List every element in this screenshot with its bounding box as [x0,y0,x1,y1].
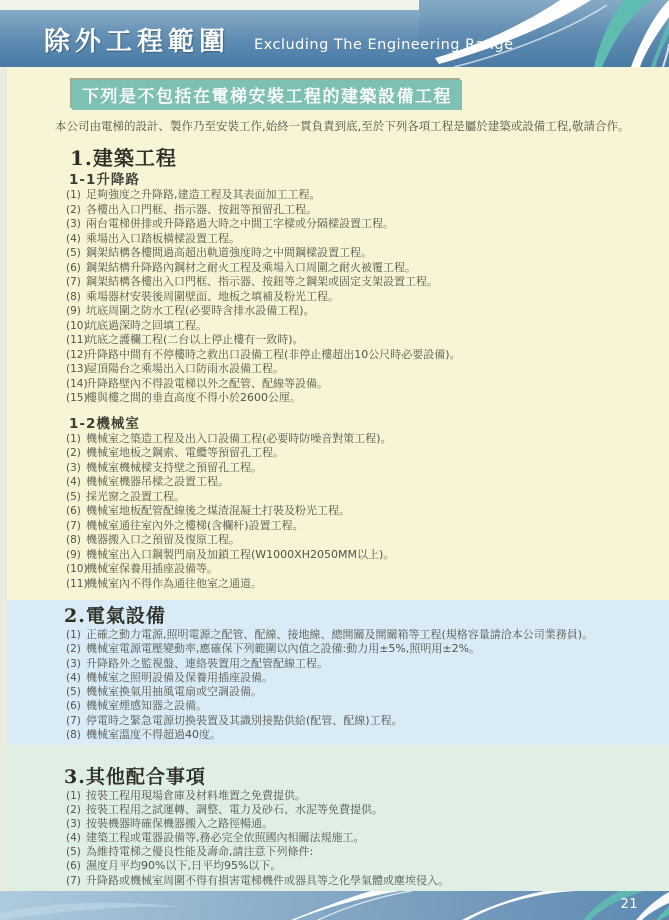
list-item: (9)坑底周圍之防水工程(必要時含排水設備工程)。 [66,304,669,319]
item-text: 升降路壁內不得設電梯以外之配管、配線等設備。 [86,377,669,392]
item-text: 升降路或機械室周圍不得有損害電梯機件或器具等之化學氣體或塵埃侵入。 [86,874,669,888]
item-number: (14) [66,377,86,392]
item-text: 乘場出入口踏板橫樑設置工程。 [86,232,669,247]
item-text: 按裝工程用現場倉庫及材料堆置之免費提供。 [86,789,669,803]
item-number: (2) [66,803,86,817]
list-item: (11)機械室內不得作為通往他室之通道。 [66,577,669,592]
item-text: 為維持電梯之優良性能及壽命,請注意下列條件: [86,845,669,859]
item-text: 機械室保養用插座設備等。 [86,562,669,577]
list-item: (1)正確之動力電源,照明電源之配管、配線、接地線、總開關及開關箱等工程(規格容… [66,628,669,642]
section-content: 2.電氣設備(1)正確之動力電源,照明電源之配管、配線、接地線、總開關及開關箱等… [7,605,669,742]
item-number: (3) [66,657,86,671]
item-text: 建築工程或電器設備等,務必完全依照國內相關法規施工。 [86,831,669,845]
item-number: (4) [66,671,86,685]
list-item: (2)按裝工程用之試運轉、調整、電力及砂石、水泥等免費提供。 [66,803,669,817]
list-item: (5)機械室換氣用抽風電扇或空調設備。 [66,685,669,699]
item-text: 乘場器材安裝後周圍壁面、地板之填補及粉光工程。 [86,290,669,305]
item-number: (9) [66,548,86,563]
list-item: (7)停電時之緊急電源切換裝置及其識別接點供給(配管、配線)工程。 [66,714,669,728]
electrical-equipment-section: 2.電氣設備(1)正確之動力電源,照明電源之配管、配線、接地線、總開關及開關箱等… [7,600,669,745]
item-number: (12) [66,348,86,363]
item-text: 坑底周圍之防水工程(必要時含排水設備工程)。 [86,304,669,319]
building-works-section: 下列是不包括在電梯安裝工程的建築設備工程 本公司由電梯的設計、製作乃至安裝工作,… [7,67,669,600]
item-number: (1) [66,432,86,447]
list-item: (3)按裝機器時確保機器搬入之路徑暢通。 [66,817,669,831]
item-text: 機械室溫度不得超過40度。 [86,728,669,742]
item-number: (3) [66,461,86,476]
list-item: (5)鋼架結構各樓間過高超出軌道強度時之中間鋼樑設置工程。 [66,246,669,261]
list-item: (4)機械室之照明設備及保養用插座設備。 [66,671,669,685]
item-number: (6) [66,859,86,873]
list-item: (5)採光窗之設置工程。 [66,490,669,505]
item-number: (10) [66,562,86,577]
item-number: (4) [66,475,86,490]
item-text: 機械室出入口鋼製門扇及加鎖工程(W1000XH2050MM以上)。 [86,548,669,563]
item-number: (5) [66,845,86,859]
footer-band: 21 [0,891,669,920]
item-text: 機械室機器吊樑之設置工程。 [86,475,669,490]
page-subtitle: Excluding The Engineering Range [254,37,514,53]
item-text: 機器搬入口之預留及復原工程。 [86,533,669,548]
list-item: (3)升降路外之監視盤、連絡裝置用之配管配線工程。 [66,657,669,671]
item-text: 機械室換氣用抽風電扇或空調設備。 [86,685,669,699]
item-number: (6) [66,261,86,276]
item-text: 鋼架結構各樓出入口門框、指示器、按鈕等之鋼架或固定支架設置工程。 [86,275,669,290]
list-item: (12)升降路中間有不停樓時之救出口設備工程(非停止樓超出10公尺時必要設備)。 [66,348,669,363]
item-number: (8) [66,728,86,742]
section-content: 3.其他配合事項(1)按裝工程用現場倉庫及材料堆置之免費提供。(2)按裝工程用之… [7,766,669,888]
item-number: (4) [66,831,86,845]
item-number: (2) [66,642,86,656]
footer-swoosh-graphic [0,891,669,920]
paper-top-edge [0,0,419,10]
item-text: 兩台電梯併排或升降路過大時之中間工字樑或分隔樑設置工程。 [86,217,669,232]
list-item: (11)坑底之護欄工程(二台以上停止樓有一致時)。 [66,333,669,348]
list-item: (5)為維持電梯之優良性能及壽命,請注意下列條件: [66,845,669,859]
item-text: 升降路中間有不停樓時之救出口設備工程(非停止樓超出10公尺時必要設備)。 [86,348,669,363]
item-text: 坑底過深時之回填工程。 [86,319,669,334]
item-text: 屋頂陽台之乘場出入口防雨水設備工程。 [86,362,669,377]
item-number: (1) [66,628,86,642]
page-number: 21 [620,897,638,912]
section-heading: 1.建築工程 [70,147,669,169]
item-number: (3) [66,817,86,831]
section-content: 1.建築工程1-1升降路(1)足夠強度之升降路,建造工程及其表面加工工程。(2)… [7,147,669,591]
item-number: (3) [66,217,86,232]
list-item: (3)兩台電梯併排或升降路過大時之中間工字樑或分隔樑設置工程。 [66,217,669,232]
item-text: 機械室通往室內外之樓梯(含欄杆)設置工程。 [86,519,669,534]
list-item: (9)機械室出入口鋼製門扇及加鎖工程(W1000XH2050MM以上)。 [66,548,669,563]
item-number: (5) [66,685,86,699]
list-item: (6)濕度月平均90%以下,日平均95%以下。 [66,859,669,873]
item-text: 停電時之緊急電源切換裝置及其識別接點供給(配管、配線)工程。 [86,714,669,728]
list-item: (3)機械室機械樑支持壁之預留孔工程。 [66,461,669,476]
item-text: 機械室煙感知器之設備。 [86,699,669,713]
list-item: (14)升降路壁內不得設電梯以外之配管、配線等設備。 [66,377,669,392]
list-item: (7)鋼架結構各樓出入口門框、指示器、按鈕等之鋼架或固定支架設置工程。 [66,275,669,290]
item-number: (10) [66,319,86,334]
item-text: 鋼架結構各樓間過高超出軌道強度時之中間鋼樑設置工程。 [86,246,669,261]
list-item: (1)足夠強度之升降路,建造工程及其表面加工工程。 [66,188,669,203]
list-item: (2)機械室電源電壓變動率,應確保下列範圍以內值之設備:動力用±5%,照明用±2… [66,642,669,656]
item-text: 足夠強度之升降路,建造工程及其表面加工工程。 [86,188,669,203]
list-item: (10)機械室保養用插座設備等。 [66,562,669,577]
item-text: 樓與樓之間的垂直高度不得小於2600公厘。 [86,391,669,406]
list-item: (13)屋頂陽台之乘場出入口防雨水設備工程。 [66,362,669,377]
list-item: (8)機器搬入口之預留及復原工程。 [66,533,669,548]
item-number: (9) [66,304,86,319]
list-item: (7)機械室通往室內外之樓梯(含欄杆)設置工程。 [66,519,669,534]
item-text: 機械室之築造工程及出入口設備工程(必要時防噪音對策工程)。 [86,432,669,447]
item-text: 機械室機械樑支持壁之預留孔工程。 [86,461,669,476]
item-text: 按裝工程用之試運轉、調整、電力及砂石、水泥等免費提供。 [86,803,669,817]
list-item: (4)機械室機器吊樑之設置工程。 [66,475,669,490]
item-number: (8) [66,290,86,305]
item-text: 機械室地板配管配線後之煤渣混凝土打裝及粉光工程。 [86,504,669,519]
item-number: (1) [66,188,86,203]
item-number: (5) [66,246,86,261]
item-text: 正確之動力電源,照明電源之配管、配線、接地線、總開關及開關箱等工程(規格容量請洽… [86,628,669,642]
list-item: (15)樓與樓之間的垂直高度不得小於2600公厘。 [66,391,669,406]
item-number: (1) [66,789,86,803]
item-number: (11) [66,333,86,348]
document-page: 除外工程範圍 Excluding The Engineering Range 下… [0,0,669,920]
item-text: 按裝機器時確保機器搬入之路徑暢通。 [86,817,669,831]
section-banner: 下列是不包括在電梯安裝工程的建築設備工程 [72,80,462,110]
item-number: (6) [66,699,86,713]
list-item: (8)機械室溫度不得超過40度。 [66,728,669,742]
item-number: (6) [66,504,86,519]
subsection-heading: 1-1升降路 [69,173,669,187]
item-number: (8) [66,533,86,548]
list-item: (2)機械室地板之鋼索、電纜等預留孔工程。 [66,446,669,461]
item-number: (5) [66,490,86,505]
item-number: (15) [66,391,86,406]
list-item: (6)鋼架結構升降路內鋼材之耐火工程及乘場入口周圍之耐火被覆工程。 [66,261,669,276]
item-text: 各樓出入口門框、指示器、按鈕等預留孔工程。 [86,203,669,218]
page-title: 除外工程範圍 [44,21,230,58]
item-text: 機械室地板之鋼索、電纜等預留孔工程。 [86,446,669,461]
list-item: (4)建築工程或電器設備等,務必完全依照國內相關法規施工。 [66,831,669,845]
item-number: (7) [66,519,86,534]
item-text: 採光窗之設置工程。 [86,490,669,505]
item-text: 濕度月平均90%以下,日平均95%以下。 [86,859,669,873]
item-text: 升降路外之監視盤、連絡裝置用之配管配線工程。 [86,657,669,671]
item-text: 鋼架結構升降路內鋼材之耐火工程及乘場入口周圍之耐火被覆工程。 [86,261,669,276]
list-item: (4)乘場出入口踏板橫樑設置工程。 [66,232,669,247]
list-item: (1)機械室之築造工程及出入口設備工程(必要時防噪音對策工程)。 [66,432,669,447]
intro-text: 本公司由電梯的設計、製作乃至安裝工作,始終一貫負責到底,至於下列各項工程是屬於建… [55,119,649,134]
list-item: (1)按裝工程用現場倉庫及材料堆置之免費提供。 [66,789,669,803]
list-item: (6)機械室煙感知器之設備。 [66,699,669,713]
list-item: (6)機械室地板配管配線後之煤渣混凝土打裝及粉光工程。 [66,504,669,519]
item-number: (4) [66,232,86,247]
item-number: (2) [66,203,86,218]
item-number: (11) [66,577,86,592]
item-text: 機械室電源電壓變動率,應確保下列範圍以內值之設備:動力用±5%,照明用±2%。 [86,642,669,656]
item-text: 機械室之照明設備及保養用插座設備。 [86,671,669,685]
item-number: (7) [66,714,86,728]
header-swoosh-graphic [419,0,669,67]
list-item: (8)乘場器材安裝後周圍壁面、地板之填補及粉光工程。 [66,290,669,305]
section-heading: 2.電氣設備 [64,605,669,627]
item-text: 機械室內不得作為通往他室之通道。 [86,577,669,592]
item-text: 坑底之護欄工程(二台以上停止樓有一致時)。 [86,333,669,348]
list-item: (7)升降路或機械室周圍不得有損害電梯機件或器具等之化學氣體或塵埃侵入。 [66,874,669,888]
other-cooperation-section: 3.其他配合事項(1)按裝工程用現場倉庫及材料堆置之免費提供。(2)按裝工程用之… [7,745,669,891]
item-number: (7) [66,275,86,290]
item-number: (13) [66,362,86,377]
list-item: (10)坑底過深時之回填工程。 [66,319,669,334]
paper-left-edge [0,67,7,891]
subsection-heading: 1-2機械室 [69,417,669,431]
list-item: (2)各樓出入口門框、指示器、按鈕等預留孔工程。 [66,203,669,218]
item-number: (2) [66,446,86,461]
section-heading: 3.其他配合事項 [64,766,669,788]
item-number: (7) [66,874,86,888]
